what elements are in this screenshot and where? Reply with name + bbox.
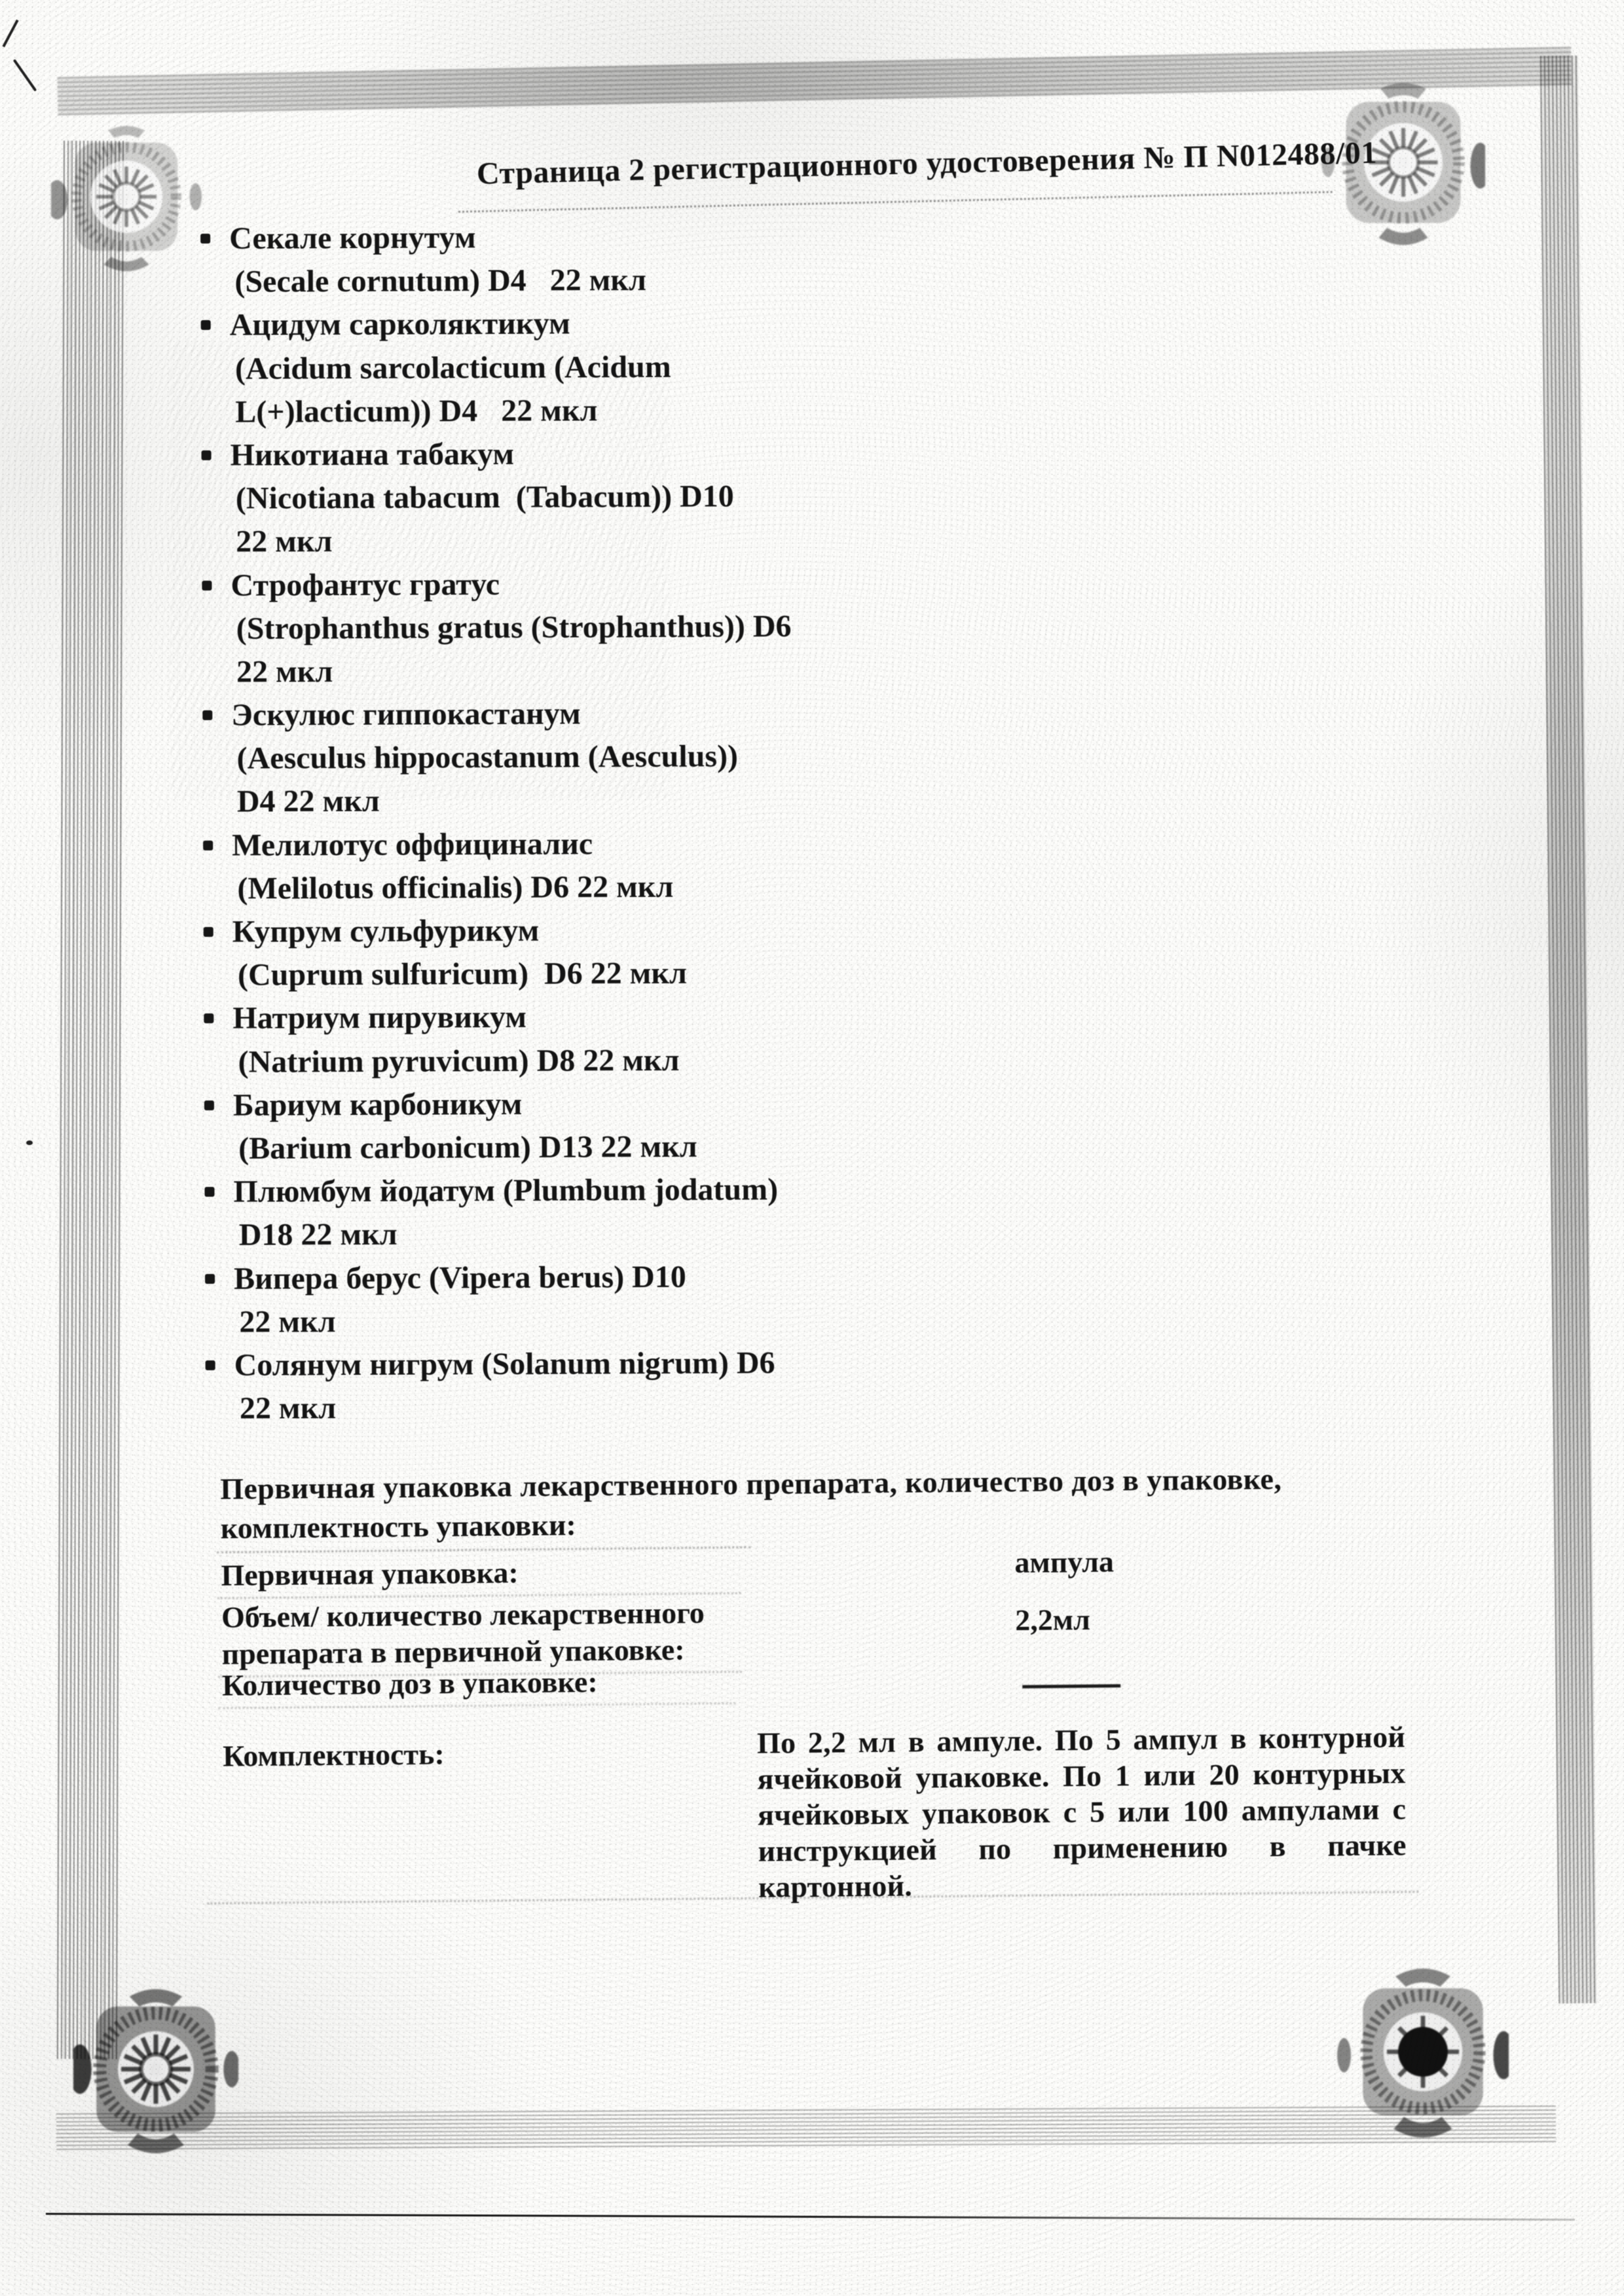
ingredient-line: Строфантус гратус [231, 560, 1118, 607]
ingredient-line: Ацидум сарколяктикум [230, 300, 1118, 347]
completeness-value: По 2,2 мл в ампуле. По 5 ампул в контурн… [757, 1719, 1407, 1904]
ingredient-line: Солянум нигрум (Solanum nigrum) D6 [234, 1340, 1122, 1387]
bullet-icon [202, 580, 212, 590]
ingredient-item: Никотиана табакум(Nicotiana tabacum (Tab… [201, 430, 1118, 564]
ingredient-item: Купрум сульфурикум(Cuprum sulfuricum) D6… [204, 907, 1121, 997]
bottom-separator-line [46, 2213, 1575, 2221]
bullet-icon [203, 841, 213, 850]
ingredient-item: Секале корнутум(Secale cornutum) D4 22 м… [200, 213, 1118, 304]
pen-mark-artifact [13, 59, 37, 92]
ingredient-item: Випера берус (Vipera berus) D1022 мкл [205, 1253, 1122, 1343]
ingredient-item: Натриум пирувикум(Natrium pyruvicum) D8 … [204, 993, 1121, 1084]
ingredient-line: Эскулюс гиппокастанум [231, 690, 1119, 737]
ingredient-line: Купрум сульфурикум [232, 907, 1120, 954]
ingredient-line: Випера берус (Vipera berus) D10 [234, 1253, 1122, 1300]
ingredient-line: 22 мкл [234, 1297, 1122, 1344]
ingredient-line: 22 мкл [231, 647, 1119, 694]
ingredient-line: Секале корнутум [229, 213, 1117, 261]
ingredient-item: Плюмбум йодатум (Plumbum jodatum)D18 22 … [204, 1167, 1122, 1257]
ingredient-line: 22 мкл [231, 517, 1118, 564]
header-dotted-rule [458, 191, 1333, 213]
packaging-section-title-line2: комплектность упаковки: [221, 1507, 576, 1545]
ingredient-item: Строфантус гратус(Strophanthus gratus (S… [202, 560, 1119, 694]
ingredient-item: Солянум нигрум (Solanum nigrum) D622 мкл [206, 1340, 1123, 1430]
bullet-icon [204, 1013, 213, 1023]
ingredient-line: Мелилотус оффициналис [232, 820, 1120, 867]
ingredient-line: (Melilotus officinalis) D6 22 мкл [232, 864, 1120, 911]
bullet-icon [202, 450, 212, 460]
ingredient-line: Натриум пирувикум [232, 993, 1120, 1040]
table-rule [218, 1702, 735, 1709]
bullet-icon [202, 710, 212, 720]
bullet-icon [205, 1273, 215, 1283]
primary-packaging-label: Первичная упаковка: [221, 1555, 519, 1592]
frame-border-left [57, 141, 124, 2059]
ingredient-item: Мелилотус оффициналис(Melilotus officina… [203, 820, 1120, 911]
ingredient-line: (Secale cornutum) D4 22 мкл [229, 257, 1117, 304]
packaging-section: Первичная упаковка лекарственного препар… [196, 1460, 1441, 1472]
ingredient-line: (Barium carbonicum) D13 22 мкл [233, 1123, 1121, 1171]
ingredient-line: D18 22 мкл [234, 1210, 1122, 1257]
rosette-ornament-icon-top-left [51, 117, 202, 277]
scan-dot-artifact [26, 1140, 33, 1145]
volume-value: 2,2мл [1015, 1602, 1090, 1637]
rosette-ornament-icon-bottom-left [73, 1982, 238, 2156]
ingredient-line: (Nicotiana tabacum (Tabacum)) D10 [231, 473, 1118, 520]
ingredient-line: (Cuprum sulfuricum) D6 22 мкл [232, 950, 1120, 997]
bullet-icon [206, 1360, 215, 1370]
ingredient-line: Бариум карбоникум [233, 1080, 1121, 1127]
frame-border-bottom [56, 2104, 1556, 2150]
primary-packaging-value: ампула [1014, 1544, 1114, 1580]
bullet-icon [204, 1187, 214, 1197]
ingredient-line: (Aesculus hippocastanum (Aesculus)) [231, 733, 1119, 780]
frame-border-right [1540, 56, 1597, 2003]
table-rule [217, 1546, 750, 1554]
doses-value-dash [1022, 1684, 1120, 1688]
ingredient-line: 22 мкл [234, 1383, 1122, 1430]
ingredient-line: (Strophanthus gratus (Strophanthus)) D6 [231, 604, 1119, 651]
bullet-icon [200, 234, 210, 244]
volume-label-line1: Объем/ количество лекарственного [221, 1595, 705, 1635]
ingredient-line: L(+)lacticum)) D4 22 мкл [230, 387, 1118, 434]
rosette-ornament-icon-bottom-right [1337, 1963, 1509, 2141]
ingredient-line: (Natrium pyruvicum) D8 22 мкл [232, 1036, 1120, 1084]
ingredient-item: Бариум карбоникум(Barium carbonicum) D13… [204, 1080, 1122, 1171]
doses-label: Количество доз в упаковке: [222, 1664, 598, 1703]
ingredient-item: Эскулюс гиппокастанум(Aesculus hippocast… [202, 690, 1120, 824]
page-title: Страница 2 регистрационного удостоверени… [476, 135, 1377, 192]
ingredient-item: Ацидум сарколяктикум(Acidum sarcolacticu… [201, 300, 1118, 434]
bullet-icon [204, 927, 213, 937]
scanned-certificate-page: Страница 2 регистрационного удостоверени… [0, 0, 1624, 2296]
bullet-icon [201, 320, 211, 330]
pen-mark-artifact [2, 20, 18, 47]
ingredient-line: Никотиана табакум [230, 430, 1118, 477]
ingredient-list: Секале корнутум(Secale cornutum) D4 22 м… [200, 213, 1122, 1430]
bullet-icon [204, 1101, 214, 1110]
packaging-section-title-line1: Первичная упаковка лекарственного препар… [220, 1461, 1282, 1506]
ingredient-line: Плюмбум йодатум (Plumbum jodatum) [233, 1167, 1121, 1214]
ingredient-line: D4 22 мкл [232, 776, 1120, 824]
ingredient-line: (Acidum sarcolacticum (Acidum [230, 343, 1118, 390]
completeness-label: Комплектность: [223, 1736, 445, 1773]
